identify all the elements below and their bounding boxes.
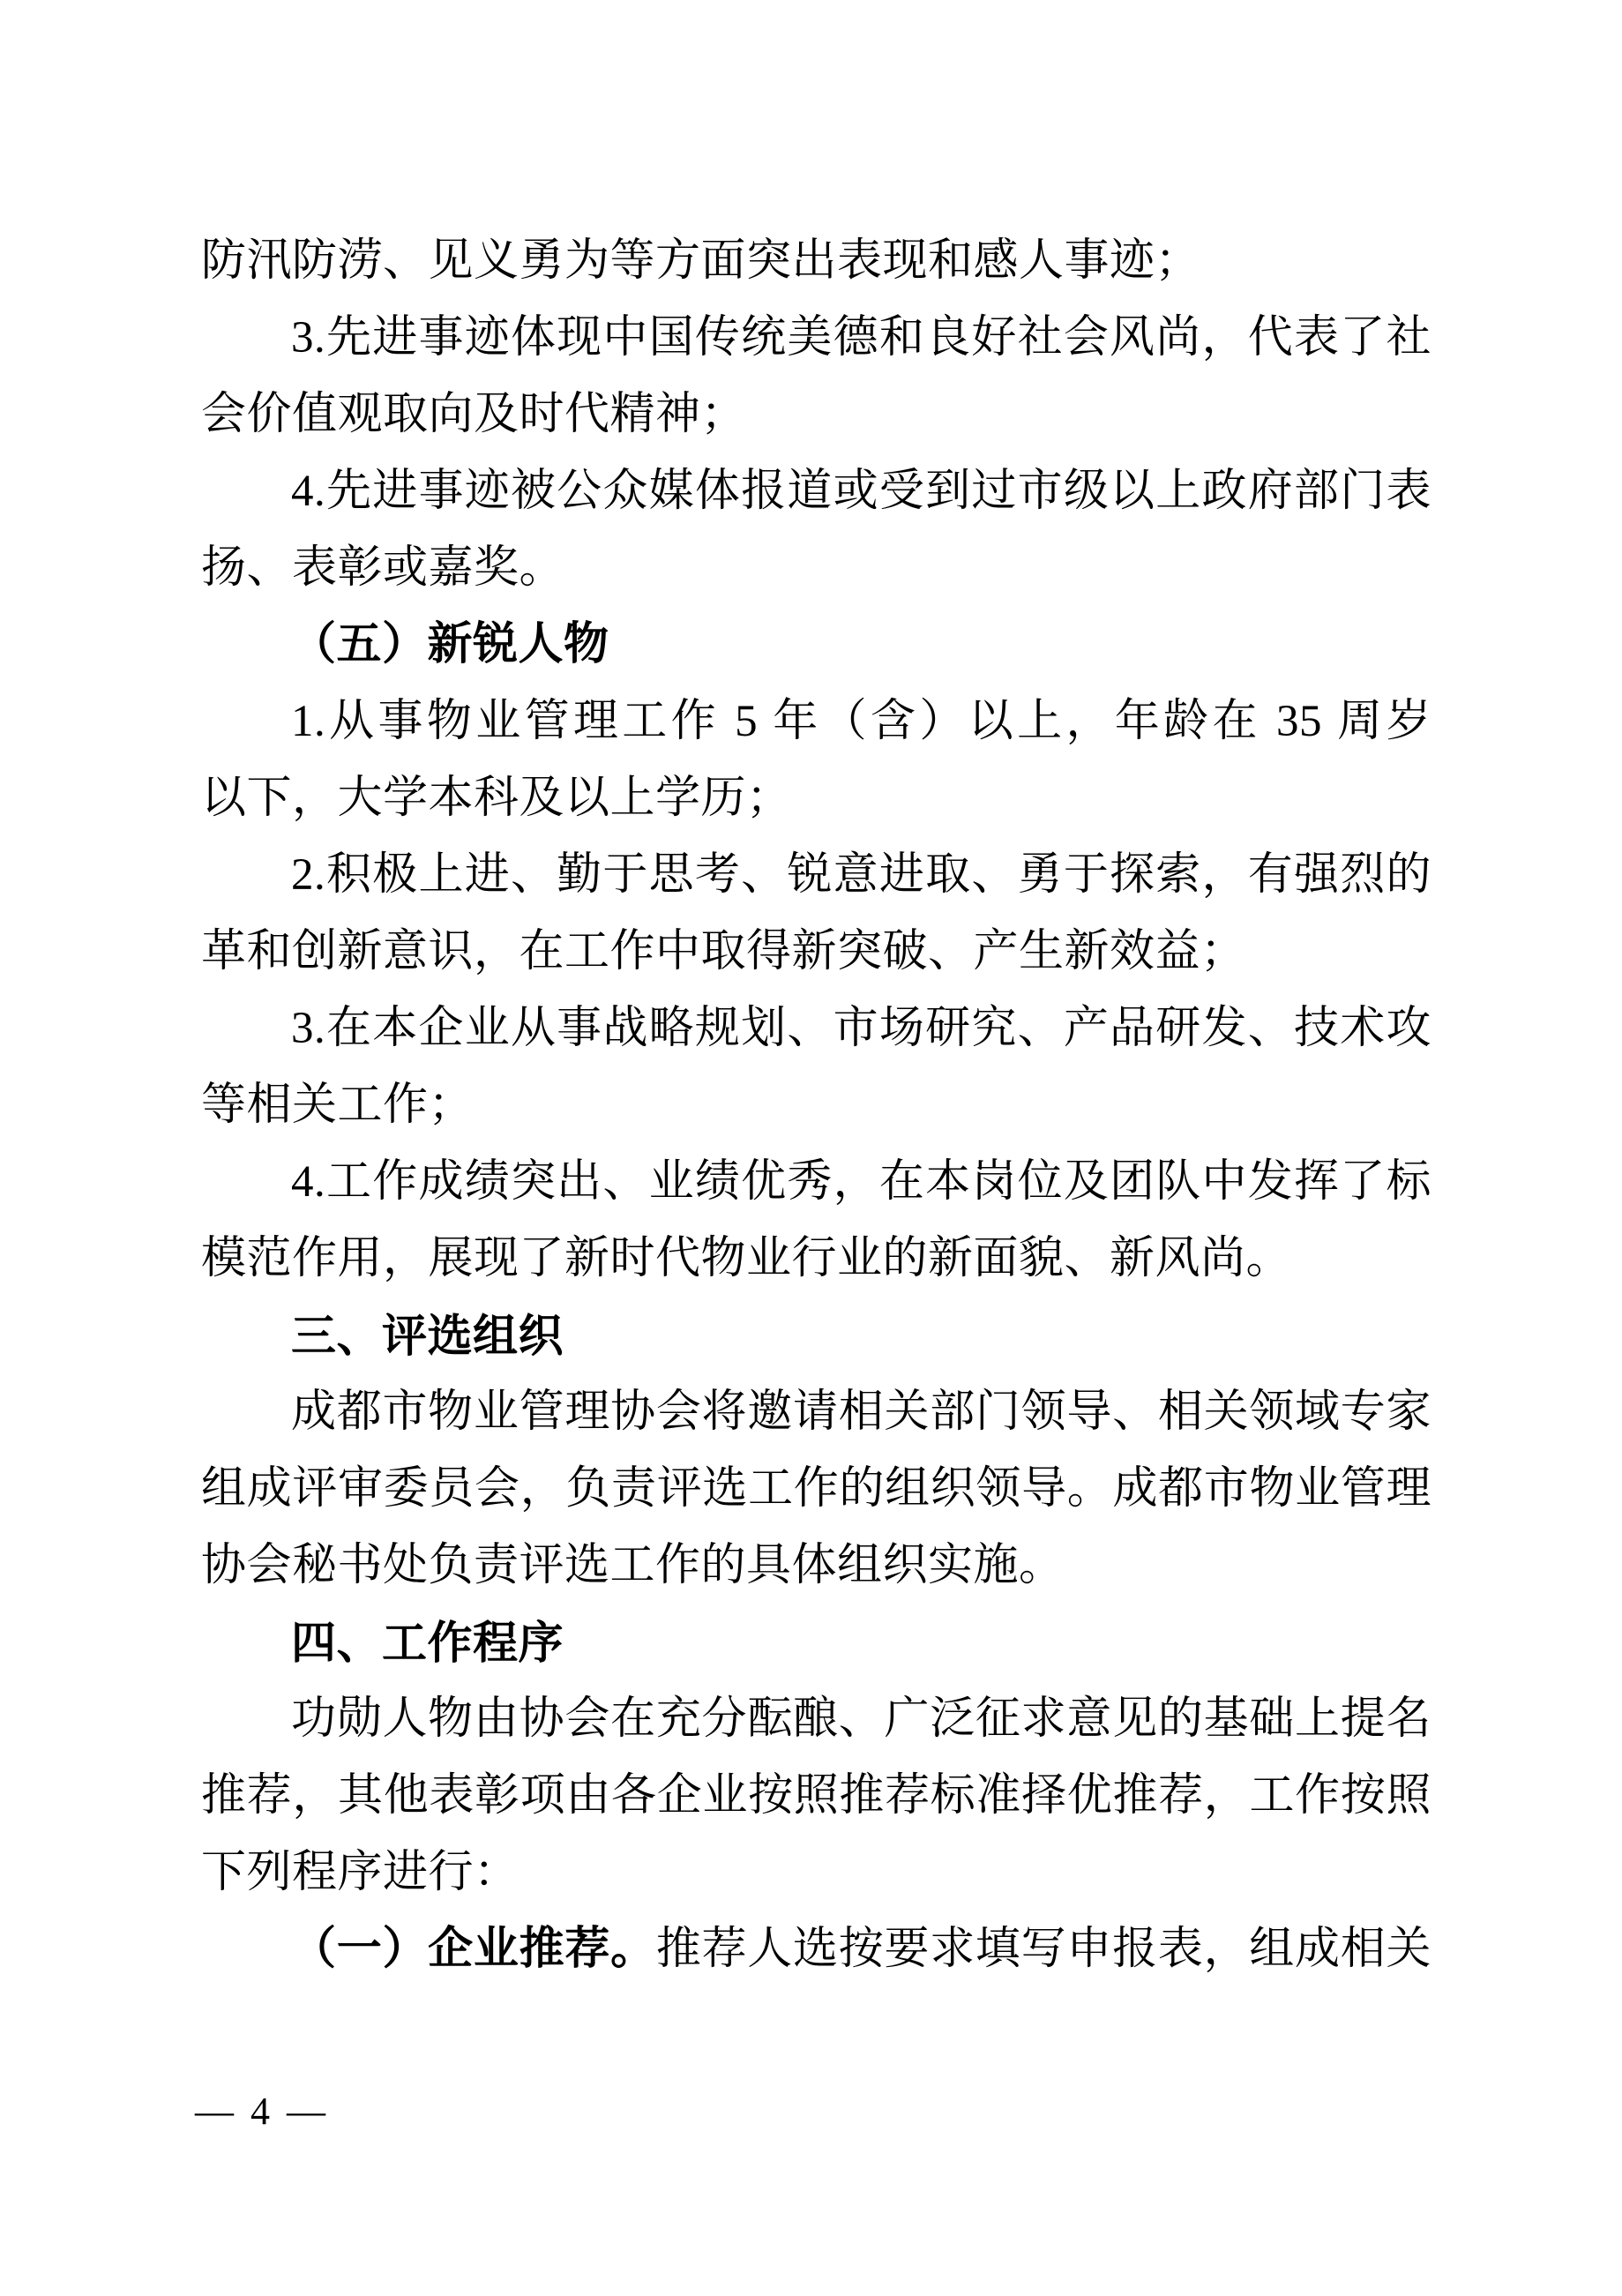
text-line: 防汛防涝、见义勇为等方面突出表现和感人事迹；	[201, 223, 1431, 300]
text-line: 四、工作程序	[201, 1604, 1431, 1681]
text-line: 4.先进事迹被公众媒体报道或受到过市级以上政府部门表	[201, 453, 1431, 530]
text-line: 等相关工作；	[201, 1067, 1431, 1144]
text-line: 4.工作成绩突出、业绩优秀，在本岗位及团队中发挥了标杆	[201, 1144, 1431, 1221]
document-page: 防汛防涝、见义勇为等方面突出表现和感人事迹；3.先进事迹体现中国传统美德和良好社…	[0, 0, 1622, 2296]
text-line: 3.在本企业从事战略规划、市场研究、产品研发、技术攻关	[201, 991, 1431, 1067]
text-line: 下列程序进行：	[201, 1835, 1431, 1911]
document-body: 防汛防涝、见义勇为等方面突出表现和感人事迹；3.先进事迹体现中国传统美德和良好社…	[201, 223, 1431, 1988]
text-line: 2.积极上进、勤于思考、锐意进取、勇于探索，有强烈的改	[201, 837, 1431, 914]
text-line: 组成评审委员会，负责评选工作的组织领导。成都市物业管理	[201, 1451, 1431, 1528]
text-line: 革和创新意识，在工作中取得新突破、产生新效益；	[201, 914, 1431, 991]
text-line: 会价值观取向及时代精神；	[201, 377, 1431, 453]
text-line: 3.先进事迹体现中国传统美德和良好社会风尚，代表了社	[201, 300, 1431, 377]
text-line: （一）企业推荐。推荐人选按要求填写申报表，组成相关材	[201, 1911, 1431, 1988]
text-line: 成都市物业管理协会将邀请相关部门领导、相关领域专家	[201, 1374, 1431, 1451]
text-line: 以下，大学本科及以上学历；	[201, 760, 1431, 837]
text-line: （五）新锐人物	[201, 607, 1431, 684]
text-line: 模范作用，展现了新时代物业行业的新面貌、新风尚。	[201, 1221, 1431, 1298]
text-line-bold-lead: （一）企业推荐。	[291, 1925, 656, 1974]
text-line: 三、评选组织	[201, 1298, 1431, 1374]
text-line: 推荐，其他表彰项由各企业按照推荐标准择优推荐，工作按照	[201, 1758, 1431, 1835]
text-line: 1.从事物业管理工作 5 年（含）以上，年龄在 35 周岁（含）	[201, 684, 1431, 760]
text-line: 协会秘书处负责评选工作的具体组织实施。	[201, 1528, 1431, 1604]
text-line: 扬、表彰或嘉奖。	[201, 530, 1431, 607]
text-line: 功勋人物由协会在充分酝酿、广泛征求意见的基础上提名	[201, 1681, 1431, 1758]
page-number: — 4 —	[195, 2089, 329, 2134]
